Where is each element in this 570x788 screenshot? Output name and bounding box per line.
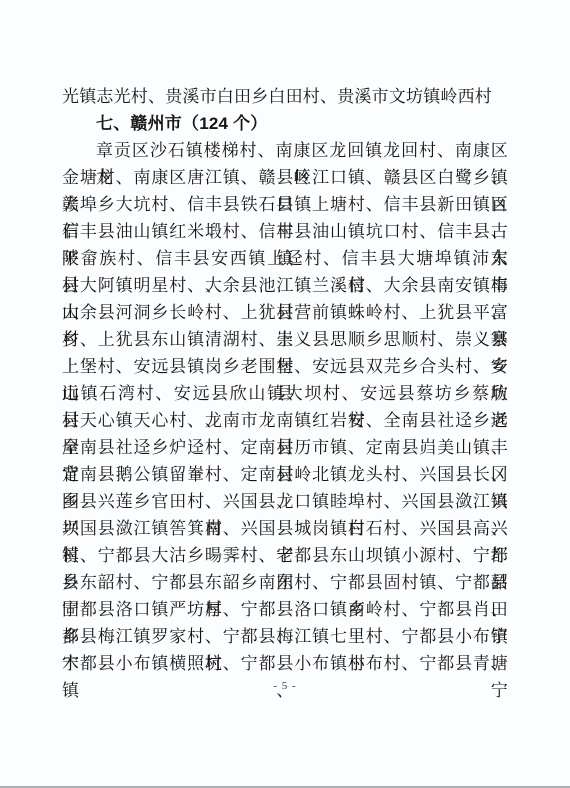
text-line: 全南县社迳乡炉迳村、定南县历市镇、定南县岿美山镇丰背村、 bbox=[62, 434, 508, 461]
text-line: 宁都县洛口镇严坊村、宁都县洛口镇南岭村、宁都县肖田乡、宁 bbox=[62, 596, 508, 623]
text-line: 县大阿镇明星村、大余县池江镇兰溪村、大余县南安镇梅山村、 bbox=[62, 272, 508, 299]
text-line: 兴国县潋江镇筶箕村、兴国县城岗镇白石村、兴国县高兴镇老圩 bbox=[62, 515, 508, 542]
text-line: 国县兴莲乡官田村、兴国县龙口镇睦埠村、兴国县潋江镇坝南村、 bbox=[62, 488, 508, 515]
text-line: 章贡区沙石镇楼梯村、南康区龙回镇龙回村、南康区龙岭镇 bbox=[62, 137, 508, 164]
text-line: 都县梅江镇罗家村、宁都县梅江镇七里村、宁都县小布镇木坑村、 bbox=[62, 623, 508, 650]
text-line: 金塘村、南康区唐江镇、赣县区江口镇、赣县区白鹭乡、赣县区 bbox=[62, 164, 508, 191]
text-line: 村、宁都县大沽乡暘霁村、宁都县东山坝镇小源村、宁都县东韶 bbox=[62, 542, 508, 569]
text-line: 山镇石湾村、安远县欣山镇大坝村、安远县蔡坊乡蔡坊村、安远 bbox=[62, 380, 508, 407]
continuation-text-line: 光镇志光村、贵溪市白田乡白田村、贵溪市文坊镇岭西村 bbox=[62, 83, 508, 110]
text-line: 大埠乡大坑村、信丰县铁石口镇上塘村、信丰县新田镇百石村、 bbox=[62, 191, 508, 218]
text-line: 县天心镇天心村、龙南市龙南镇红岩村、全南县社迳乡老屋村、 bbox=[62, 407, 508, 434]
text-line: 大余县河洞乡长岭村、上犹县营前镇蛛岭村、上犹县平富乡上寨 bbox=[62, 299, 508, 326]
text-line: 村、上犹县东山镇清湖村、崇义县思顺乡思顺村、崇义县上堡乡 bbox=[62, 326, 508, 353]
page-number: - 5 - bbox=[0, 678, 570, 694]
section-heading: 七、赣州市（124 个） bbox=[62, 110, 508, 137]
text-line: 信丰县油山镇红米塅村、信丰县油山镇坑口村、信丰县古陂镇太 bbox=[62, 218, 508, 245]
document-page: 光镇志光村、贵溪市白田乡白田村、贵溪市文坊镇岭西村 七、赣州市（124 个） 章… bbox=[0, 0, 570, 788]
text-line: 上堡村、安远县镇岗乡老围村、安远县双芫乡合头村、安远县欣 bbox=[62, 353, 508, 380]
text-line: 乡东韶村、宁都县东韶乡南团村、宁都县固村镇、宁都县固厚乡、 bbox=[62, 569, 508, 596]
page-content: 光镇志光村、贵溪市白田乡白田村、贵溪市文坊镇岭西村 七、赣州市（124 个） 章… bbox=[62, 83, 508, 677]
text-line: 定南县鹅公镇留輋村、定南县岭北镇龙头村、兴国县长冈乡、兴 bbox=[62, 461, 508, 488]
text-line: 宁都县小布镇横照村、宁都县小布镇小布村、宁都县青塘镇、宁 bbox=[62, 650, 508, 677]
text-line: 平畲族村、信丰县安西镇上迳村、信丰县大塘埠镇沛东村、信丰 bbox=[62, 245, 508, 272]
